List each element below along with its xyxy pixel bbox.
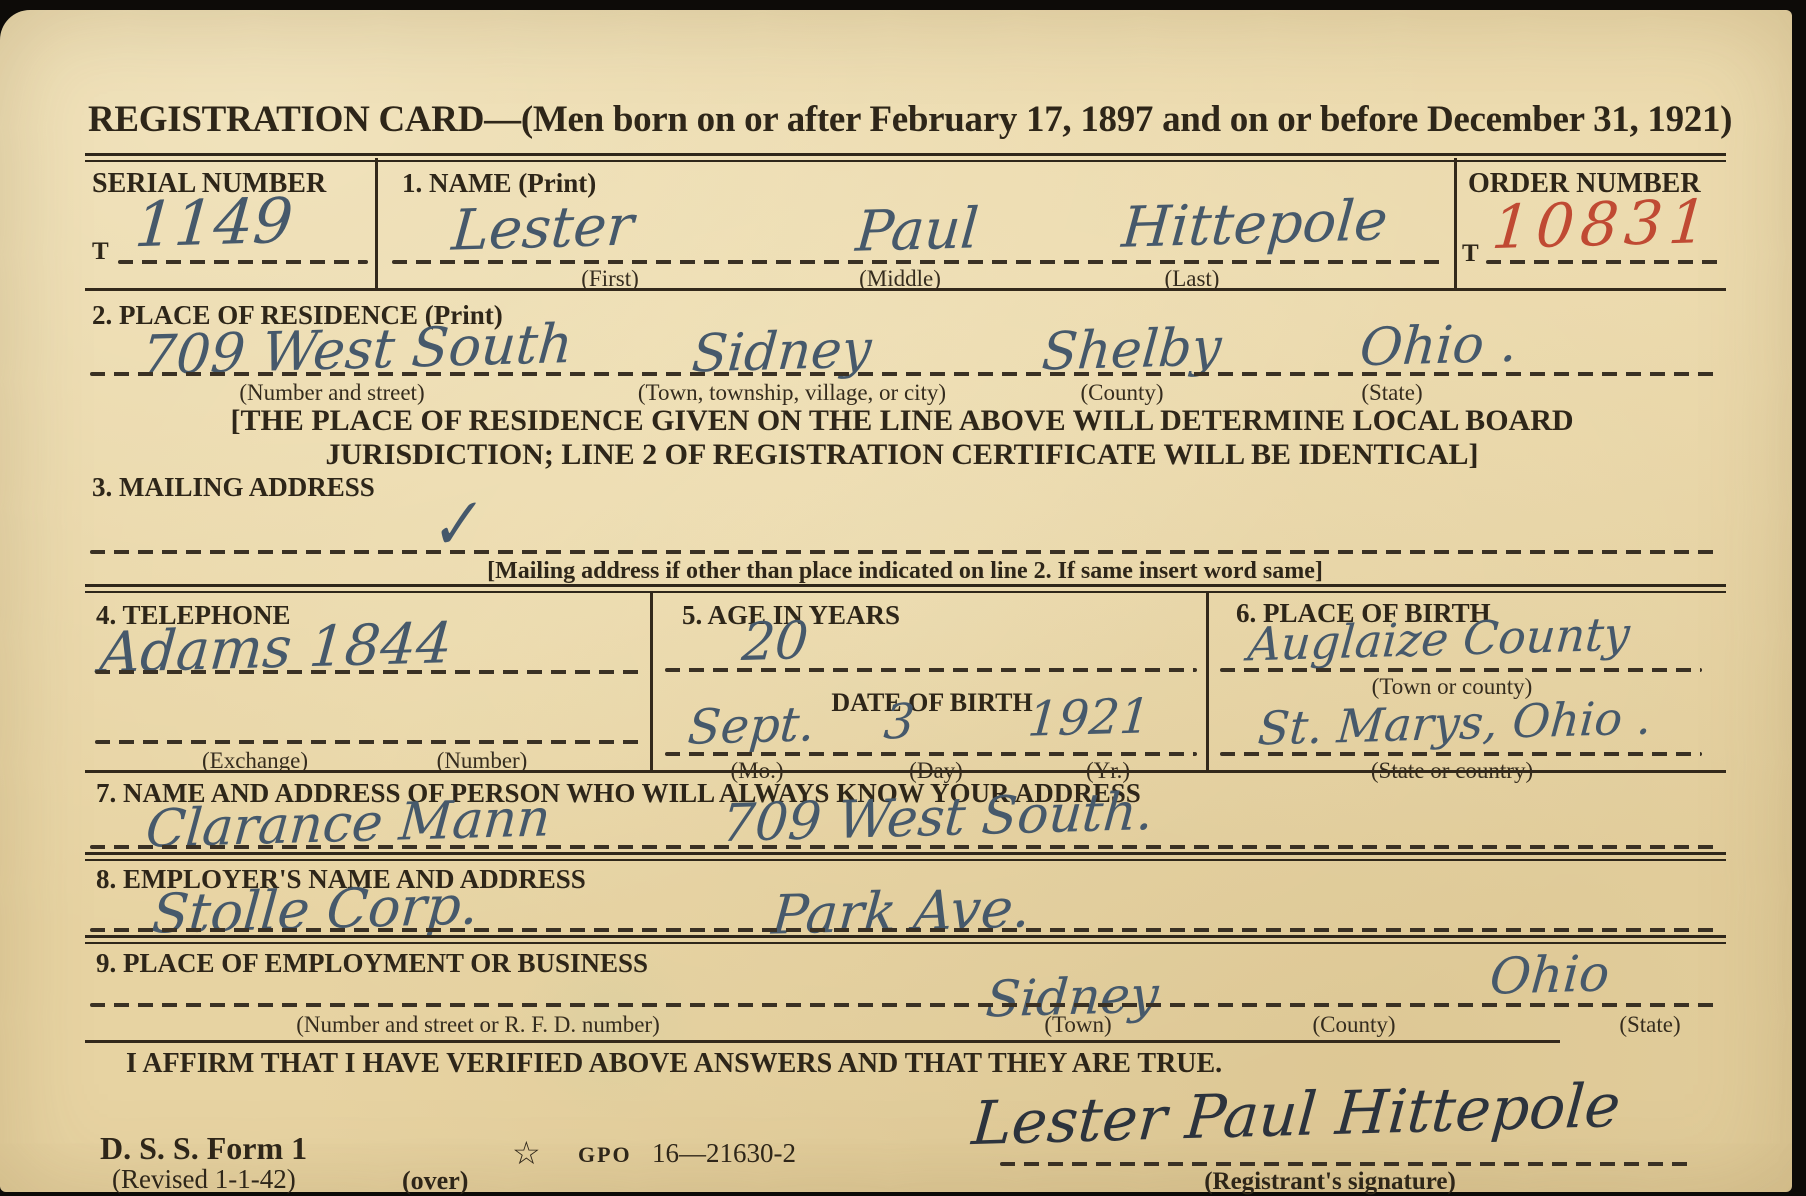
order-number-value: 10831 bbox=[1489, 187, 1715, 263]
caption-town-township: (Town, township, village, or city) bbox=[638, 380, 946, 406]
name-dash-line bbox=[392, 260, 1442, 264]
rule-sec7-bottom bbox=[85, 852, 1726, 861]
residence-dash-line bbox=[90, 372, 1722, 376]
caption-number-street: (Number and street) bbox=[239, 380, 424, 406]
age-dash-line bbox=[665, 668, 1197, 672]
telephone-value: Adams 1844 bbox=[98, 611, 455, 686]
caption-street-rfd: (Number and street or R. F. D. number) bbox=[296, 1012, 660, 1038]
affirmation-text: I AFFIRM THAT I HAVE VERIFIED ABOVE ANSW… bbox=[126, 1048, 1222, 1080]
employment-state-value: Ohio bbox=[1488, 944, 1612, 1005]
gpo-mark: GPO bbox=[578, 1142, 632, 1168]
divider-serial-name bbox=[375, 158, 378, 288]
serial-prefix: T bbox=[92, 238, 109, 266]
contact-address-value: 709 West South. bbox=[720, 782, 1156, 854]
name-last-value: Hittepole bbox=[1120, 188, 1390, 261]
telephone-dash-line1 bbox=[95, 670, 640, 674]
dob-year-value: 1921 bbox=[1026, 688, 1152, 748]
rule-row456-bottom bbox=[85, 770, 1726, 773]
serial-number-value: 1149 bbox=[132, 184, 295, 262]
contact-dash-line bbox=[90, 845, 1722, 849]
birthplace-town-value: Auglaize County bbox=[1246, 607, 1632, 672]
dob-dash-line bbox=[665, 752, 1197, 756]
rule-above-row456 bbox=[85, 584, 1726, 593]
mailing-caption: [Mailing address if other than place ind… bbox=[487, 558, 1323, 585]
form-content: REGISTRATION CARD—(Men born on or after … bbox=[0, 0, 1806, 1196]
over-note: (over) bbox=[402, 1166, 468, 1196]
jurisdiction-notice-line2: JURISDICTION; LINE 2 OF REGISTRATION CER… bbox=[325, 438, 1478, 472]
registrant-signature-value: Lester Paul Hittepole bbox=[969, 1071, 1622, 1159]
contact-name-value: Clarance Mann bbox=[144, 788, 553, 859]
rule-under-title bbox=[85, 153, 1726, 162]
signature-dash-line bbox=[1000, 1162, 1690, 1166]
mailing-address-label: 3. MAILING ADDRESS bbox=[92, 472, 375, 503]
registration-card-scan: REGISTRATION CARD—(Men born on or after … bbox=[0, 0, 1806, 1196]
registrant-signature-caption: (Registrant's signature) bbox=[1204, 1168, 1456, 1196]
order-prefix: T bbox=[1462, 240, 1479, 268]
handwritten-checkmark: ✓ bbox=[430, 482, 488, 567]
birthplace-state-value: St. Marys, Ohio . bbox=[1256, 690, 1654, 755]
rule-sec9-bottom bbox=[85, 1040, 1560, 1043]
mailing-dash-line bbox=[90, 550, 1722, 554]
form-revision: (Revised 1-1-42) bbox=[112, 1164, 296, 1195]
employment-label: 9. PLACE OF EMPLOYMENT OR BUSINESS bbox=[96, 948, 648, 979]
telephone-dash-line2 bbox=[95, 740, 640, 744]
name-first-value: Lester bbox=[450, 193, 636, 263]
dob-month-value: Sept. bbox=[686, 696, 817, 756]
residence-state-value: Ohio . bbox=[1358, 314, 1520, 379]
serial-dash-line bbox=[118, 260, 368, 264]
card-title: REGISTRATION CARD—(Men born on or after … bbox=[88, 98, 1732, 141]
caption-county: (County) bbox=[1080, 380, 1163, 406]
caption-emp-town: (Town) bbox=[1044, 1012, 1111, 1038]
form-number: D. S. S. Form 1 bbox=[100, 1130, 307, 1167]
divider-name-order bbox=[1454, 158, 1457, 288]
dob-day-value: 3 bbox=[882, 694, 917, 751]
birthplace-dash-line1 bbox=[1220, 668, 1702, 672]
star-icon: ☆ bbox=[512, 1134, 541, 1172]
gpo-print-code: 16—21630-2 bbox=[652, 1138, 796, 1169]
birthplace-dash-line2 bbox=[1220, 752, 1702, 756]
jurisdiction-notice-line1: [THE PLACE OF RESIDENCE GIVEN ON THE LIN… bbox=[230, 404, 1573, 438]
name-middle-value: Paul bbox=[854, 196, 981, 265]
divider-tel-age bbox=[650, 593, 653, 770]
age-value: 20 bbox=[740, 611, 811, 673]
employment-dash-line bbox=[90, 1003, 1722, 1007]
order-dash-line bbox=[1486, 260, 1722, 264]
employer-dash-line bbox=[90, 928, 1722, 932]
rule-row1-bottom bbox=[85, 288, 1726, 291]
rule-sec8-bottom bbox=[85, 935, 1726, 944]
caption-emp-county: (County) bbox=[1312, 1012, 1395, 1038]
divider-age-birth bbox=[1206, 593, 1209, 770]
dob-label: DATE OF BIRTH bbox=[831, 688, 1032, 718]
caption-state: (State) bbox=[1361, 380, 1422, 406]
caption-emp-state: (State) bbox=[1619, 1012, 1680, 1038]
